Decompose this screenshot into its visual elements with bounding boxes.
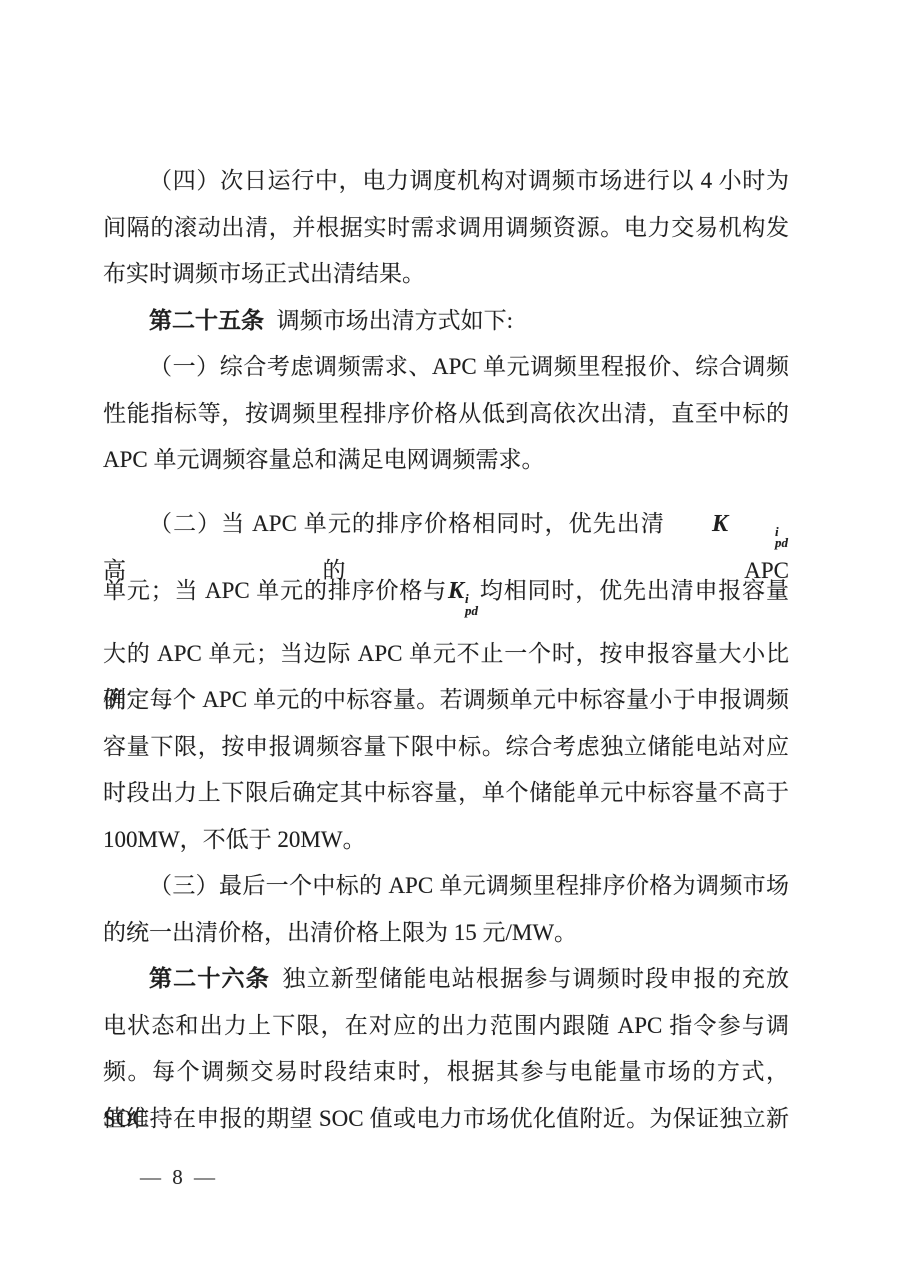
paragraph-line: 频。每个调频交易时段结束时，根据其参与电能量市场的方式，SOC [103, 1049, 789, 1096]
formula-superscript: i [729, 526, 779, 537]
paragraph-line: 的统一出清价格，出清价格上限为 15 元/MW。 [103, 910, 789, 957]
article-25-label: 第二十五条 [149, 308, 264, 333]
formula-scripts: ipd [465, 593, 478, 615]
formula-base: K [448, 578, 464, 604]
paragraph-line: APC 单元调频容量总和满足电网调频需求。 [103, 437, 789, 484]
line-text: 均相同时，优先出清申报容量 [479, 578, 789, 603]
article-26-label: 第二十六条 [149, 966, 270, 991]
paragraph-line: 确定每个 APC 单元的中标容量。若调频单元中标容量小于申报调频 [103, 677, 789, 724]
line-text: 独立新型储能电站根据参与调频时段申报的充放 [283, 966, 790, 991]
line-text: （二）当 APC 单元的排序价格相同时，优先出清 [149, 511, 665, 536]
paragraph-line-with-formula: 单元；当 APC 单元的排序价格与Kipd均相同时，优先出清申报容量 [103, 568, 789, 615]
paragraph-line: 性能指标等，按调频里程排序价格从低到高依次出清，直至中标的 [103, 391, 789, 438]
paragraph-line: （四）次日运行中，电力调度机构对调频市场进行以 4 小时为 [103, 158, 789, 205]
paragraph-line: 容量下限，按申报调频容量下限中标。综合考虑独立储能电站对应 [103, 724, 789, 771]
line-text: 单元；当 APC 单元的排序价格与 [103, 578, 447, 603]
paragraph-line: 值维持在申报的期望 SOC 值或电力市场优化值附近。为保证独立新 [103, 1096, 789, 1143]
page-number: — 8 — [140, 1163, 218, 1191]
article-25-heading: 第二十五条调频市场出清方式如下: [103, 298, 789, 345]
formula-subscript: pd [465, 605, 478, 616]
paragraph-line: 时段出力上下限后确定其中标容量，单个储能单元中标容量不高于 [103, 770, 789, 817]
paragraph-line: 100MW，不低于 20MW。 [103, 817, 789, 864]
formula-scripts: ipd [729, 526, 788, 548]
paragraph-line: （一）综合考虑调频需求、APC 单元调频里程报价、综合调频 [103, 344, 789, 391]
document-page: （四）次日运行中，电力调度机构对调频市场进行以 4 小时为 间隔的滚动出清，并根… [0, 0, 900, 1272]
k-pd-formula: Kipd [666, 501, 788, 549]
paragraph-line: 大的 APC 单元；当边际 APC 单元不止一个时，按申报容量大小比例 [103, 631, 789, 678]
paragraph-line-with-formula: （二）当 APC 单元的排序价格相同时，优先出清Kipd高的 APC [103, 501, 789, 548]
formula-subscript: pd [729, 537, 788, 548]
document-body: （四）次日运行中，电力调度机构对调频市场进行以 4 小时为 间隔的滚动出清，并根… [103, 158, 789, 1142]
paragraph-line: 间隔的滚动出清，并根据实时需求调用调频资源。电力交易机构发 [103, 205, 789, 252]
k-pd-formula: Kipd [448, 568, 478, 616]
article-26-heading: 第二十六条独立新型储能电站根据参与调频时段申报的充放 [103, 956, 789, 1003]
article-25-title: 调频市场出清方式如下: [277, 308, 513, 333]
paragraph-line: （三）最后一个中标的 APC 单元调频里程排序价格为调频市场 [103, 863, 789, 910]
formula-base: K [712, 511, 728, 537]
paragraph-line: 电状态和出力上下限，在对应的出力范围内跟随 APC 指令参与调 [103, 1003, 789, 1050]
paragraph-line: 布实时调频市场正式出清结果。 [103, 251, 789, 298]
